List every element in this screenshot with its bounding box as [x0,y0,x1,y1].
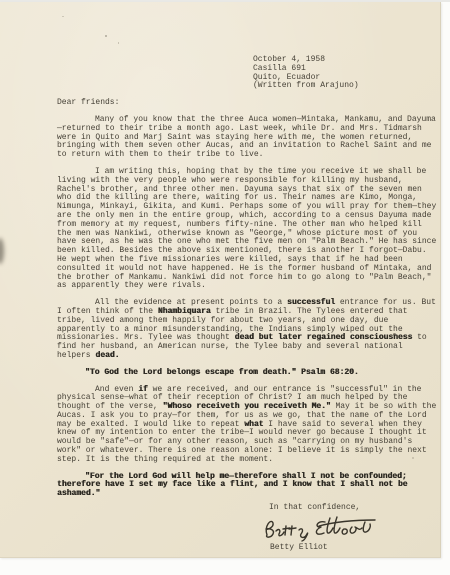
paper-speck [62,16,64,17]
letter-paragraph: Many of you know that the three Auca wom… [57,116,438,160]
letter-content: October 4, 1958 Casilla 691 Quito, Ecuad… [57,56,438,553]
paper-speck [118,42,119,44]
letter-header: October 4, 1958 Casilla 691 Quito, Ecuad… [253,56,438,91]
letter-quote-paragraph: "For the Lord God will help me—therefore… [57,473,438,499]
scan-smudge [0,238,4,264]
letter-quote-paragraph: "To God the Lord belongs escape from dea… [57,369,438,378]
letter-body: Many of you know that the three Auca wom… [57,116,438,499]
typed-signature-name: Betty Elliot [270,544,438,553]
salutation: Dear friends: [57,99,438,108]
signature-handwriting [259,514,438,542]
letter-paragraph: And even if we are received, and our ent… [57,386,438,465]
letter-paper: October 4, 1958 Casilla 691 Quito, Ecuad… [0,2,441,558]
letter-paragraph: I am writing this, hoping that by the ti… [57,168,438,291]
letter-paragraph: All the evidence at present points to a … [57,299,438,361]
header-origin-note: (Written from Arajuno) [253,82,438,91]
paper-speck [105,35,107,37]
closing-line: In that confidence, [269,504,438,513]
